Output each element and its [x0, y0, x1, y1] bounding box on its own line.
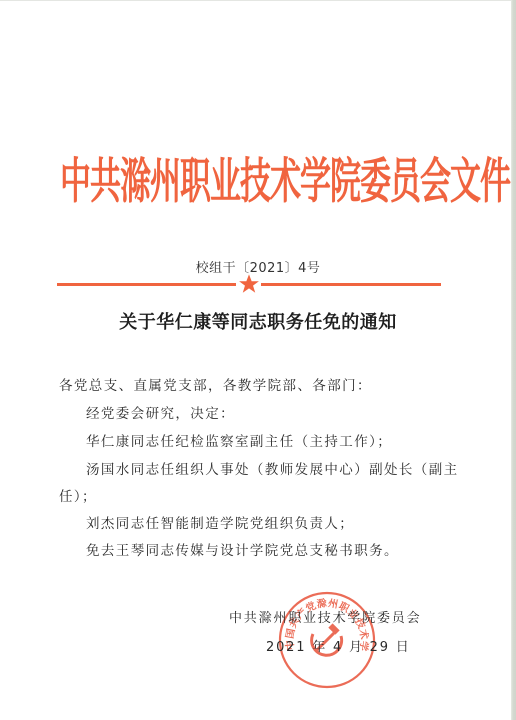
salutation: 各党总支、直属党支部，各教学院部、各部门：	[59, 374, 372, 394]
issue-date: 2021 年 4 月 29 日	[266, 636, 411, 655]
red-separator-right	[261, 283, 441, 286]
paragraph-appointment-3: 刘杰同志任智能制造学院党组织负责人；	[86, 512, 354, 532]
star-icon	[238, 273, 260, 295]
notice-title: 关于华仁康等同志职务任免的通知	[0, 308, 516, 334]
document-masthead: 中共滁州职业技术学院委员会文件	[60, 154, 456, 210]
paragraph-decision-intro: 经党委会研究，决定：	[86, 402, 235, 422]
paragraph-appointment-2-cont: 任）；	[59, 485, 97, 505]
paragraph-removal: 免去王琴同志传媒与设计学院党总支秘书职务。	[86, 539, 399, 559]
document-page: 中共滁州职业技术学院委员会文件 校组干〔2021〕4号 关于华仁康等同志职务任免…	[0, 0, 516, 720]
red-separator-left	[57, 283, 236, 286]
scan-right-edge	[511, 0, 516, 720]
paragraph-appointment-1: 华仁康同志任纪检监察室副主任（主持工作）；	[86, 430, 392, 450]
paragraph-appointment-2: 汤国水同志任组织人事处（教师发展中心）副处长（副主	[86, 458, 459, 478]
issuer-name: 中共滁州职业技术学院委员会	[229, 607, 421, 626]
scan-top-edge	[0, 0, 511, 1]
